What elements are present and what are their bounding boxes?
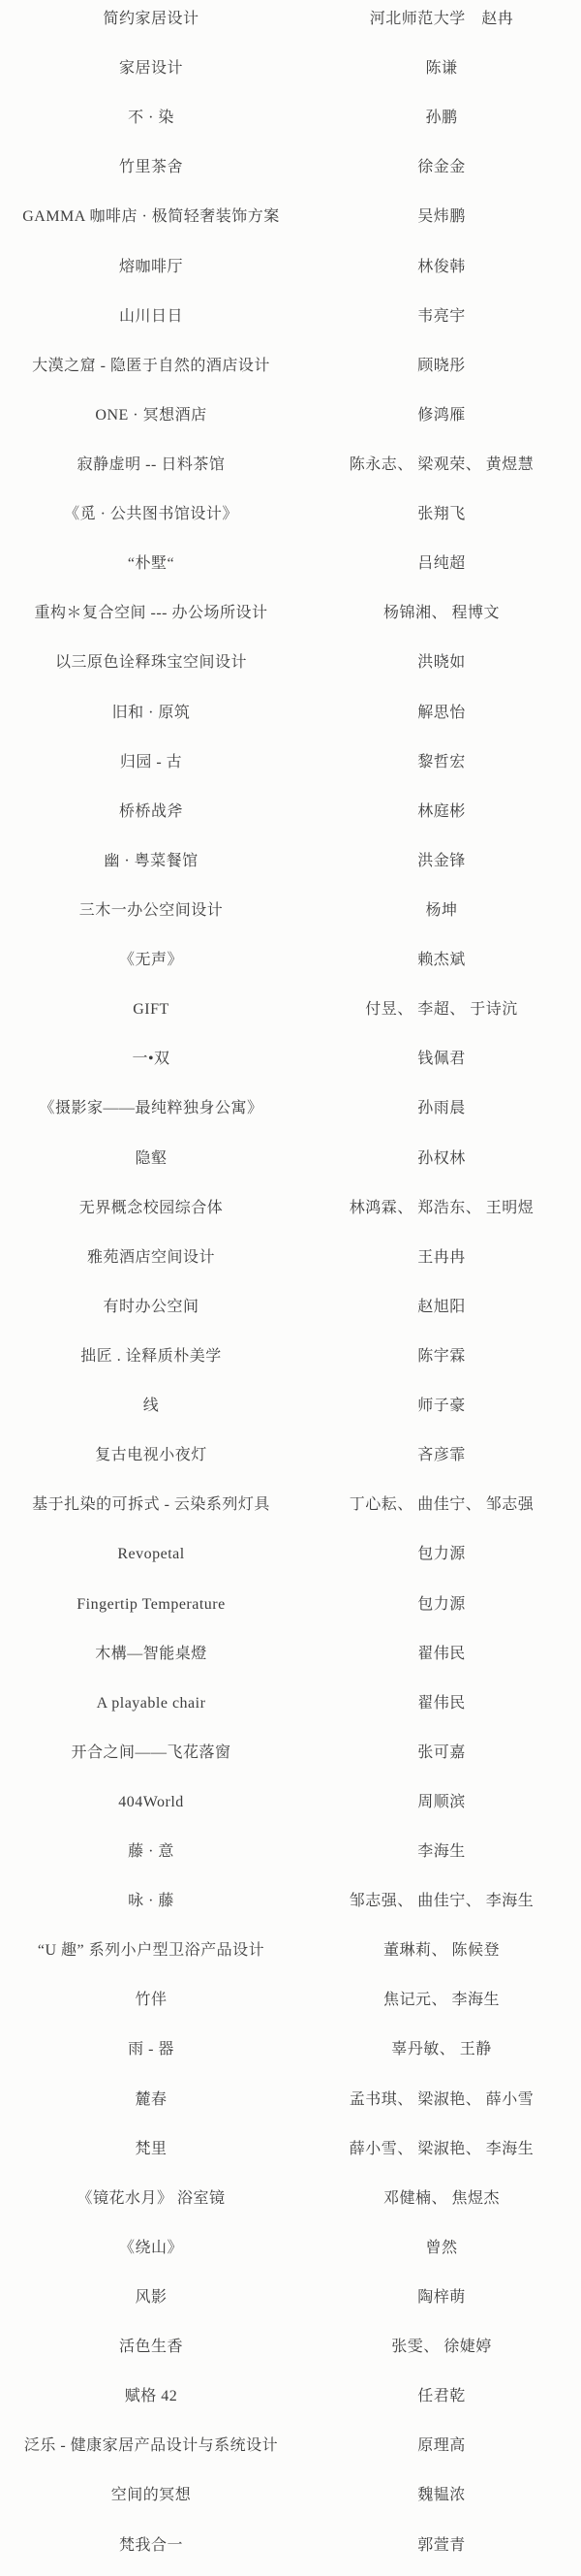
project-title: 简约家居设计 xyxy=(0,11,302,28)
table-row: 简约家居设计 河北师范大学 赵冉 xyxy=(0,0,581,49)
author-names: 包力源 xyxy=(302,1596,581,1614)
table-row: 《觅 · 公共图书馆设计》 张翔飞 xyxy=(0,495,581,545)
author-names: 陈谦 xyxy=(302,60,581,78)
table-row: 幽 · 粤菜餐馆 洪金锋 xyxy=(0,842,581,892)
table-row: 雅苑酒店空间设计 王冉冉 xyxy=(0,1239,581,1288)
project-title: 雨 - 器 xyxy=(0,2041,302,2058)
project-title: 咏 · 藤 xyxy=(0,1893,302,1910)
table-row: 风影 陶梓萌 xyxy=(0,2278,581,2328)
table-row: 活色生香 张雯、 徐婕婷 xyxy=(0,2328,581,2377)
project-title: “U 趣” 系列小户型卫浴产品设计 xyxy=(0,1942,302,1960)
table-row: 山川日日 韦亮宇 xyxy=(0,298,581,347)
project-title: 拙匠 . 诠释质朴美学 xyxy=(0,1348,302,1366)
author-names: 黎哲宏 xyxy=(302,754,581,771)
table-row: 梵里 薛小雪、 梁淑艳、 李海生 xyxy=(0,2130,581,2180)
author-names: 任君乾 xyxy=(302,2388,581,2405)
table-row: 熔咖啡厅 林俊韩 xyxy=(0,248,581,298)
author-names: 翟伟民 xyxy=(302,1646,581,1663)
table-row: Revopetal 包力源 xyxy=(0,1535,581,1585)
table-row: GAMMA 咖啡店 · 极简轻奢装饰方案 吴炜鹏 xyxy=(0,198,581,247)
author-names: 赵旭阳 xyxy=(302,1299,581,1316)
table-row: A playable chair 翟伟民 xyxy=(0,1684,581,1734)
project-title: 《镜花水月》 浴室镜 xyxy=(0,2190,302,2208)
author-names: 张翔飞 xyxy=(302,506,581,523)
project-title: 无界概念校园综合体 xyxy=(0,1200,302,1217)
author-names: 解思怡 xyxy=(302,705,581,722)
author-names: 修鸿雁 xyxy=(302,407,581,424)
author-names: 丁心耘、 曲佳宁、 邹志强 xyxy=(302,1496,581,1514)
project-title: 泛乐 - 健康家居产品设计与系统设计 xyxy=(0,2437,302,2455)
project-title: GAMMA 咖啡店 · 极简轻奢装饰方案 xyxy=(0,208,302,226)
project-title: 旧和 · 原筑 xyxy=(0,705,302,722)
author-names: 董琳莉、 陈候登 xyxy=(302,1942,581,1960)
author-names: 赖杰斌 xyxy=(302,952,581,969)
author-names: 孙权林 xyxy=(302,1150,581,1168)
table-row: 有时办公空间 赵旭阳 xyxy=(0,1288,581,1337)
table-row: 《绕山》 曾然 xyxy=(0,2229,581,2278)
table-row: 家居设计 陈谦 xyxy=(0,49,581,99)
table-row: 麓春 孟书琪、 梁淑艳、 薛小雪 xyxy=(0,2081,581,2130)
project-title: 404World xyxy=(0,1794,302,1811)
project-title: 风影 xyxy=(0,2289,302,2307)
author-names: 原理高 xyxy=(302,2437,581,2455)
table-row: GIFT 付昱、 李超、 于诗沆 xyxy=(0,990,581,1040)
table-row: 泛乐 - 健康家居产品设计与系统设计 原理高 xyxy=(0,2427,581,2476)
project-title: 活色生香 xyxy=(0,2339,302,2356)
table-row: 藤 · 意 李海生 xyxy=(0,1833,581,1882)
project-title: 以三原色诠释珠宝空间设计 xyxy=(0,654,302,672)
author-names: 陈宇霖 xyxy=(302,1348,581,1366)
project-title: 幽 · 粤菜餐馆 xyxy=(0,853,302,870)
author-names: 陶梓萌 xyxy=(302,2289,581,2307)
document-page: 简约家居设计 河北师范大学 赵冉 家居设计 陈谦 不 · 染 孙鹏 竹里茶舍 徐… xyxy=(0,0,581,2576)
table-row: 《摄影家——最纯粹独身公寓》 孙雨晨 xyxy=(0,1089,581,1139)
author-names: 吝彦霏 xyxy=(302,1447,581,1464)
project-title: 开合之间——飞花落窗 xyxy=(0,1744,302,1762)
project-title: 家居设计 xyxy=(0,60,302,78)
author-names: 林庭彬 xyxy=(302,803,581,821)
author-names: 林俊韩 xyxy=(302,259,581,276)
author-names: 辜丹敏、 王静 xyxy=(302,2041,581,2058)
project-title: 大漠之窟 - 隐匿于自然的酒店设计 xyxy=(0,358,302,375)
project-title: “朴墅“ xyxy=(0,555,302,573)
project-title: 竹伴 xyxy=(0,1992,302,2009)
author-names: 焦记元、 李海生 xyxy=(302,1992,581,2009)
author-names: 杨坤 xyxy=(302,902,581,920)
project-title: 空间的冥想 xyxy=(0,2487,302,2504)
project-title: ONE · 冥想酒店 xyxy=(0,407,302,424)
table-row: 复古电视小夜灯 吝彦霏 xyxy=(0,1436,581,1486)
project-title: 梵我合一 xyxy=(0,2537,302,2555)
project-title: 基于扎染的可拆式 - 云染系列灯具 xyxy=(0,1496,302,1514)
author-names: 张可嘉 xyxy=(302,1744,581,1762)
author-names: 林鸿霖、 郑浩东、 王明煜 xyxy=(302,1200,581,1217)
project-author-table: 简约家居设计 河北师范大学 赵冉 家居设计 陈谦 不 · 染 孙鹏 竹里茶舍 徐… xyxy=(0,0,581,2576)
author-names: 孙鹏 xyxy=(302,110,581,127)
project-title: 三木一办公空间设计 xyxy=(0,902,302,920)
project-title: 山川日日 xyxy=(0,308,302,326)
author-names: 吕纯超 xyxy=(302,555,581,573)
author-names: 徐金金 xyxy=(302,159,581,176)
project-title: 《觅 · 公共图书馆设计》 xyxy=(0,506,302,523)
project-title: 雅苑酒店空间设计 xyxy=(0,1249,302,1267)
author-names: 邹志强、 曲佳宁、 李海生 xyxy=(302,1893,581,1910)
table-row: 无界概念校园综合体 林鸿霖、 郑浩东、 王明煜 xyxy=(0,1189,581,1239)
table-row: 线 师子豪 xyxy=(0,1387,581,1436)
project-title: 麓春 xyxy=(0,2091,302,2109)
project-title: 不 · 染 xyxy=(0,110,302,127)
project-title: 《绕山》 xyxy=(0,2240,302,2257)
table-row: 一•双 钱佩君 xyxy=(0,1040,581,1089)
author-names: 张雯、 徐婕婷 xyxy=(302,2339,581,2356)
table-row: ONE · 冥想酒店 修鸿雁 xyxy=(0,396,581,446)
project-title: 《无声》 xyxy=(0,952,302,969)
table-row: “U 趣” 系列小户型卫浴产品设计 董琳莉、 陈候登 xyxy=(0,1932,581,1981)
author-names: 韦亮宇 xyxy=(302,308,581,326)
table-row: 归园 - 古 黎哲宏 xyxy=(0,743,581,793)
author-names: 邓健楠、 焦煜杰 xyxy=(302,2190,581,2208)
table-row: Fingertip Temperature 包力源 xyxy=(0,1586,581,1635)
table-row: 以三原色诠释珠宝空间设计 洪晓如 xyxy=(0,644,581,693)
table-row: 404World 周顺滨 xyxy=(0,1783,581,1833)
table-row: 桥桥战斧 林庭彬 xyxy=(0,793,581,842)
table-row: 不 · 染 孙鹏 xyxy=(0,99,581,148)
author-names: 魏韫浓 xyxy=(302,2487,581,2504)
table-row: 寂静虚明 -- 日料茶馆 陈永志、 梁观荣、 黄煜慧 xyxy=(0,446,581,495)
author-names: 顾晓彤 xyxy=(302,358,581,375)
project-title: 复古电视小夜灯 xyxy=(0,1447,302,1464)
table-row: 《无声》 赖杰斌 xyxy=(0,941,581,990)
project-title: 桥桥战斧 xyxy=(0,803,302,821)
author-names: 钱佩君 xyxy=(302,1051,581,1068)
project-title: 寂静虚明 -- 日料茶馆 xyxy=(0,456,302,474)
author-names: 王冉冉 xyxy=(302,1249,581,1267)
author-names: 洪金锋 xyxy=(302,853,581,870)
author-names: 薛小雪、 梁淑艳、 李海生 xyxy=(302,2141,581,2158)
table-row: 《镜花水月》 浴室镜 邓健楠、 焦煜杰 xyxy=(0,2180,581,2229)
table-row: 大漠之窟 - 隐匿于自然的酒店设计 顾晓彤 xyxy=(0,347,581,396)
project-title: 归园 - 古 xyxy=(0,754,302,771)
table-row: 隐壑 孙权林 xyxy=(0,1140,581,1189)
project-title: 梵里 xyxy=(0,2141,302,2158)
project-title: 《摄影家——最纯粹独身公寓》 xyxy=(0,1100,302,1117)
table-row: 梵我合一 郭萱青 xyxy=(0,2527,581,2576)
author-names: 付昱、 李超、 于诗沆 xyxy=(302,1001,581,1019)
author-names: 杨锦湘、 程博文 xyxy=(302,605,581,622)
table-row: 木構—智能桌燈 翟伟民 xyxy=(0,1635,581,1684)
project-title: 竹里茶舍 xyxy=(0,159,302,176)
table-row: 雨 - 器 辜丹敏、 王静 xyxy=(0,2030,581,2080)
table-row: 竹伴 焦记元、 李海生 xyxy=(0,1981,581,2030)
table-row: “朴墅“ 吕纯超 xyxy=(0,545,581,594)
project-title: 木構—智能桌燈 xyxy=(0,1646,302,1663)
author-names: 孙雨晨 xyxy=(302,1100,581,1117)
project-title: Fingertip Temperature xyxy=(0,1596,302,1614)
table-row: 赋格 42 任君乾 xyxy=(0,2377,581,2427)
author-names: 吴炜鹏 xyxy=(302,208,581,226)
author-names: 陈永志、 梁观荣、 黄煜慧 xyxy=(302,456,581,474)
project-title: 藤 · 意 xyxy=(0,1843,302,1861)
author-names: 孟书琪、 梁淑艳、 薛小雪 xyxy=(302,2091,581,2109)
project-title: 熔咖啡厅 xyxy=(0,259,302,276)
project-title: 有时办公空间 xyxy=(0,1299,302,1316)
author-names: 洪晓如 xyxy=(302,654,581,672)
author-names: 郭萱青 xyxy=(302,2537,581,2555)
author-names: 河北师范大学 赵冉 xyxy=(302,11,581,28)
project-title: 一•双 xyxy=(0,1051,302,1068)
project-title: 隐壑 xyxy=(0,1150,302,1168)
author-names: 周顺滨 xyxy=(302,1794,581,1811)
project-title: GIFT xyxy=(0,1001,302,1019)
table-row: 旧和 · 原筑 解思怡 xyxy=(0,694,581,743)
table-row: 重构＊复合空间 --- 办公场所设计 杨锦湘、 程博文 xyxy=(0,594,581,644)
project-title: 线 xyxy=(0,1398,302,1415)
author-names: 李海生 xyxy=(302,1843,581,1861)
project-title: Revopetal xyxy=(0,1546,302,1563)
author-names: 师子豪 xyxy=(302,1398,581,1415)
project-title: A playable chair xyxy=(0,1695,302,1712)
author-names: 曾然 xyxy=(302,2240,581,2257)
table-row: 竹里茶舍 徐金金 xyxy=(0,148,581,198)
table-row: 三木一办公空间设计 杨坤 xyxy=(0,892,581,941)
table-row: 拙匠 . 诠释质朴美学 陈宇霖 xyxy=(0,1337,581,1387)
author-names: 翟伟民 xyxy=(302,1695,581,1712)
table-row: 开合之间——飞花落窗 张可嘉 xyxy=(0,1734,581,1783)
table-row: 咏 · 藤 邹志强、 曲佳宁、 李海生 xyxy=(0,1882,581,1932)
project-title: 重构＊复合空间 --- 办公场所设计 xyxy=(0,605,302,622)
table-row: 空间的冥想 魏韫浓 xyxy=(0,2476,581,2526)
author-names: 包力源 xyxy=(302,1546,581,1563)
project-title: 赋格 42 xyxy=(0,2388,302,2405)
table-row: 基于扎染的可拆式 - 云染系列灯具 丁心耘、 曲佳宁、 邹志强 xyxy=(0,1486,581,1535)
